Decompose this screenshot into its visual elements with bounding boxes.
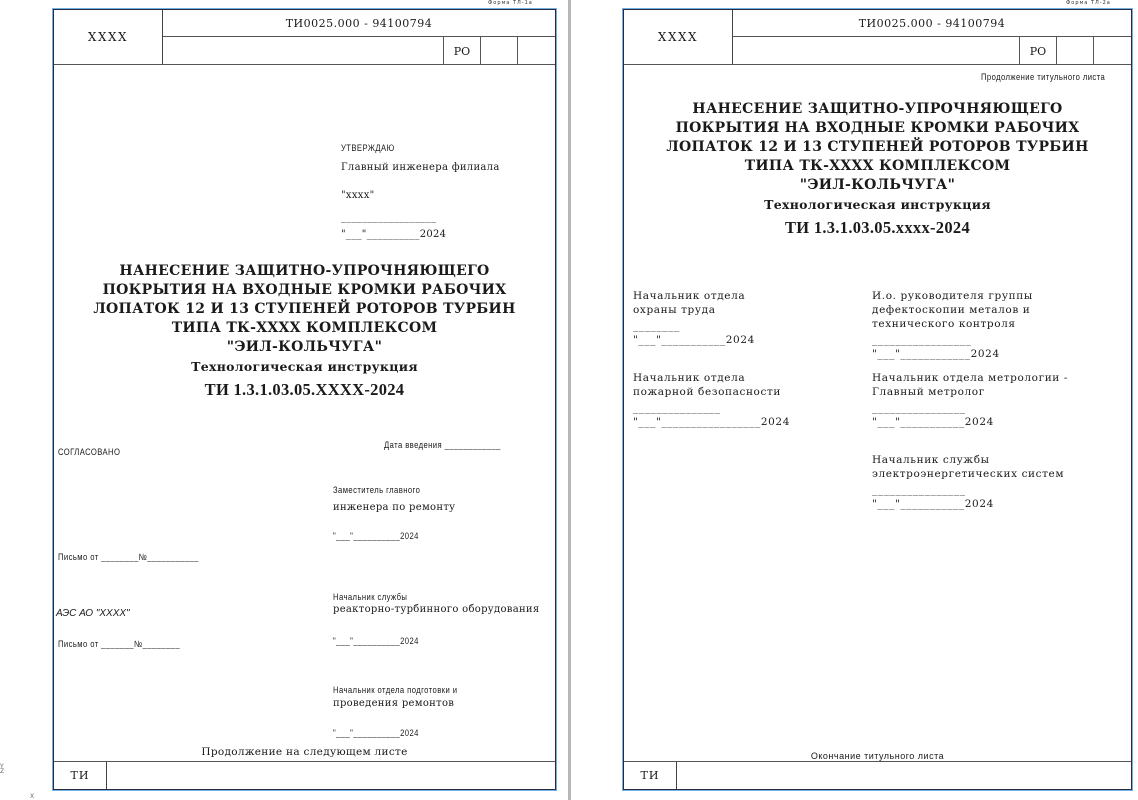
header-subrow: РО — [733, 37, 1131, 65]
header-table: XXXX ТИ0025.000 - 94100794 РО — [624, 10, 1131, 65]
form-label: Форма ТЛ-1а — [488, 0, 533, 6]
document-page-1: Форма ТЛ-1а XXXX ТИ0025.000 - 94100794 Р… — [0, 0, 570, 800]
footer-code-cell: ТИ — [624, 762, 677, 789]
signature-line: ________________ — [872, 401, 1068, 415]
letter-2: Письмо от _______№________ — [58, 639, 180, 649]
signer-title: охраны труда — [633, 303, 755, 317]
signer-title: Главный метролог — [872, 385, 1068, 399]
empty-cell — [1056, 37, 1093, 65]
date-line: "___"___________2024 — [872, 497, 1064, 511]
signer-3-date: "___"__________2024 — [333, 728, 419, 738]
signer-title: Начальник службы — [872, 453, 1064, 467]
empty-cell — [517, 37, 555, 65]
title-line: ЛОПАТОК 12 И 13 СТУПЕНЕЙ РОТОРОВ ТУРБИН — [624, 138, 1131, 157]
empty-cell — [480, 37, 517, 65]
org-code-cell: XXXX — [54, 10, 163, 64]
page-frame: XXXX ТИ0025.000 - 94100794 РО УТВЕРЖДАЮ … — [53, 9, 556, 790]
document-page-2: Форма ТЛ-2а XXXX ТИ0025.000 - 94100794 Р… — [580, 0, 1138, 800]
signer-3-title: Начальник отдела подготовки и — [333, 685, 457, 695]
revision-cell: РО — [1019, 37, 1056, 65]
signer-electrical: Начальник службы электроэнергетических с… — [872, 453, 1064, 511]
organization-name: АЭС АО "XXXX" — [56, 608, 130, 619]
approve-position: Главный инженера филиала — [341, 162, 500, 173]
signature-line: _______________ — [633, 401, 790, 415]
signer-2-title-2: реакторно-турбинного оборудования — [333, 604, 540, 615]
end-of-title-note: Окончание титульного листа — [624, 751, 1131, 761]
signature-line: ________________ — [872, 483, 1064, 497]
page-frame: XXXX ТИ0025.000 - 94100794 РО Продолжени… — [623, 9, 1132, 790]
page-divider — [568, 0, 571, 800]
title-line: ТИПА ТК-XXXX КОМПЛЕКСОМ — [624, 157, 1131, 176]
signer-1-title-2: инженера по ремонту — [333, 502, 455, 513]
document-title: НАНЕСЕНИЕ ЗАЩИТНО-УПРОЧНЯЮЩЕГО ПОКРЫТИЯ … — [624, 100, 1131, 237]
signer-defectoscopy: И.о. руководителя группы дефектоскопии м… — [872, 289, 1033, 361]
title-line: ТИПА ТК-XXXX КОМПЛЕКСОМ — [54, 319, 555, 338]
letter-1: Письмо от ________№___________ — [58, 552, 199, 562]
signer-title: пожарной безопасности — [633, 385, 790, 399]
document-id: ТИ 1.3.1.03.05.xxxx-2024 — [624, 218, 1131, 237]
signer-2-date: "___"__________2024 — [333, 636, 419, 646]
signer-title: Начальник отдела метрологии - — [872, 371, 1068, 385]
signer-1-date: "___"__________2024 — [333, 531, 419, 541]
title-line: "ЭИЛ-КОЛЬЧУГА" — [624, 176, 1131, 195]
title-line: ЛОПАТОК 12 И 13 СТУПЕНЕЙ РОТОРОВ ТУРБИН — [54, 300, 555, 319]
signer-title: технического контроля — [872, 317, 1033, 331]
axis-z-label: Z — [0, 768, 4, 775]
title-line: ПОКРЫТИЯ НА ВХОДНЫЕ КРОМКИ РАБОЧИХ — [54, 281, 555, 300]
date-line: "___"_________________2024 — [633, 415, 790, 429]
agreed-label: СОГЛАСОВАНО — [58, 447, 120, 457]
signature-line: ________ — [633, 319, 755, 333]
approve-name: "xxxx" — [341, 190, 375, 201]
doc-number-cell: ТИ0025.000 - 94100794 — [733, 10, 1131, 37]
title-line: "ЭИЛ-КОЛЬЧУГА" — [54, 338, 555, 357]
signer-title: Начальник отдела — [633, 289, 755, 303]
title-line: НАНЕСЕНИЕ ЗАЩИТНО-УПРОЧНЯЮЩЕГО — [54, 262, 555, 281]
form-label: Форма ТЛ-2а — [1066, 0, 1111, 6]
signature-line: _________________ — [872, 333, 1033, 347]
doc-number-cell: ТИ0025.000 - 94100794 — [163, 10, 555, 37]
org-code-cell: XXXX — [624, 10, 733, 64]
document-subtitle: Технологическая инструкция — [54, 357, 555, 376]
signer-fire-safety: Начальник отдела пожарной безопасности _… — [633, 371, 790, 429]
intro-date: Дата введения ____________ — [384, 440, 501, 450]
signer-1-title: Заместитель главного — [333, 485, 420, 495]
date-line: "___"___________2024 — [633, 333, 755, 347]
document-title: НАНЕСЕНИЕ ЗАЩИТНО-УПРОЧНЯЮЩЕГО ПОКРЫТИЯ … — [54, 262, 555, 399]
header-table: XXXX ТИ0025.000 - 94100794 РО — [54, 10, 555, 65]
approve-sign-line: __________________ — [341, 212, 436, 223]
empty-cell — [1093, 37, 1131, 65]
axis-x-label: X — [30, 793, 34, 800]
signer-title: Начальник отдела — [633, 371, 790, 385]
signer-title: электроэнергетических систем — [872, 467, 1064, 481]
continuation-note: Продолжение на следующем листе — [54, 746, 555, 758]
title-line: ПОКРЫТИЯ НА ВХОДНЫЕ КРОМКИ РАБОЧИХ — [624, 119, 1131, 138]
signer-metrology: Начальник отдела метрологии - Главный ме… — [872, 371, 1068, 429]
document-id: ТИ 1.3.1.03.05.XXXX-2024 — [54, 380, 555, 399]
signer-title: И.о. руководителя группы — [872, 289, 1033, 303]
date-line: "___"____________2024 — [872, 347, 1033, 361]
header-subrow: РО — [163, 37, 555, 65]
revision-cell: РО — [443, 37, 480, 65]
footer-table: ТИ — [54, 761, 555, 789]
signer-3-title-2: проведения ремонтов — [333, 698, 454, 709]
title-line: НАНЕСЕНИЕ ЗАЩИТНО-УПРОЧНЯЮЩЕГО — [624, 100, 1131, 119]
continuation-top: Продолжение титульного листа — [981, 72, 1105, 82]
signer-labor-safety: Начальник отдела охраны труда ________ "… — [633, 289, 755, 347]
date-line: "___"___________2024 — [872, 415, 1068, 429]
footer-table: ТИ — [624, 761, 1131, 789]
approve-date-line: "___"__________2024 — [341, 229, 446, 240]
signer-title: дефектоскопии металов и — [872, 303, 1033, 317]
signer-2-title: Начальник службы — [333, 592, 407, 602]
document-subtitle: Технологическая инструкция — [624, 195, 1131, 214]
footer-code-cell: ТИ — [54, 762, 107, 789]
approve-label: УТВЕРЖДАЮ — [341, 143, 395, 153]
